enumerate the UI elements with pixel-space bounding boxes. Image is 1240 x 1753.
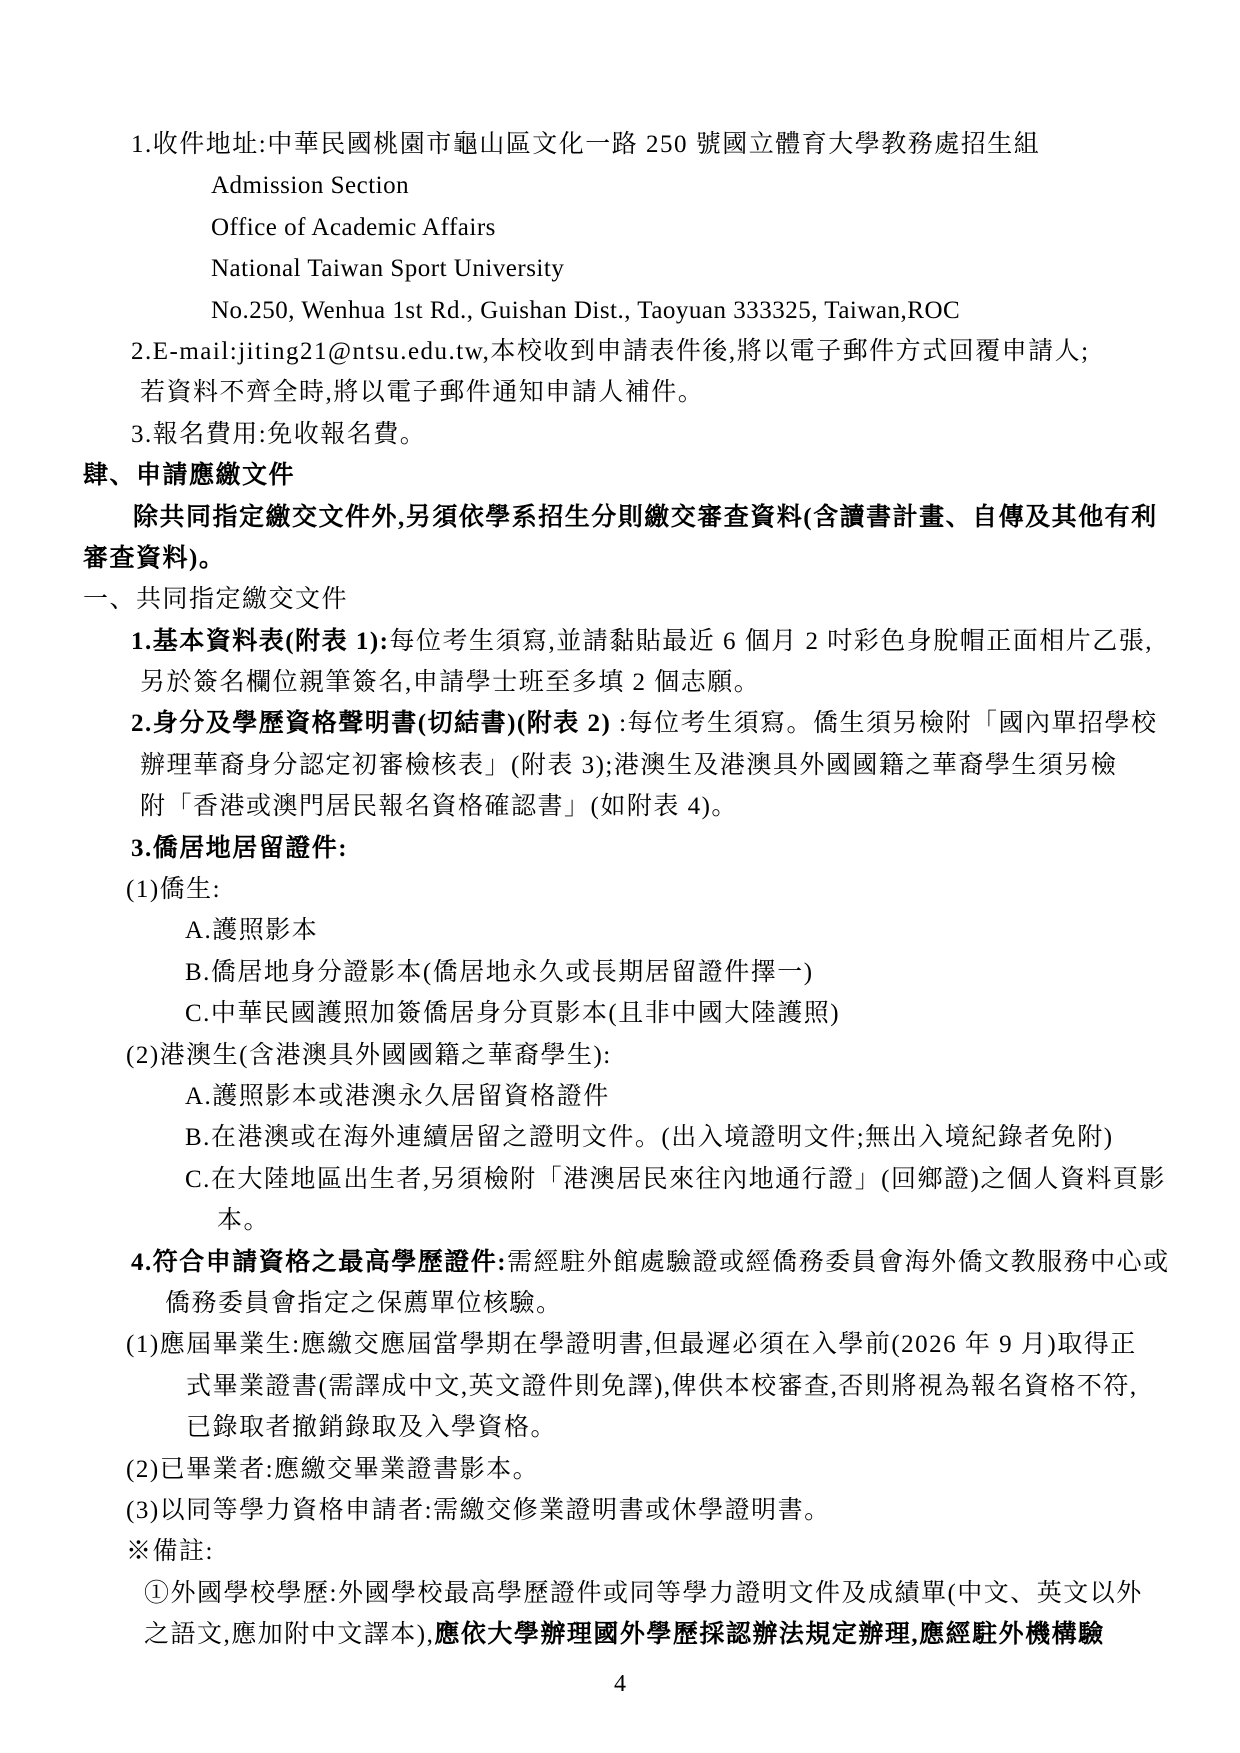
text-segment: A.護照影本或港澳永久居留資格證件 [185, 1083, 610, 1110]
doc-line: 辦理華裔身分認定初審檢核表」(附表 3);港澳生及港澳具外國國籍之華裔學生須另檢 [83, 745, 1157, 786]
text-segment: (3)以同等學力資格申請者:需繳交修業證明書或休學證明書。 [126, 1497, 831, 1524]
text-segment-bold: 審查資料)。 [83, 545, 225, 572]
document-page: 1.收件地址:中華民國桃園市龜山區文化一路 250 號國立體育大學教務處招生組A… [0, 0, 1240, 1753]
doc-line: 僑務委員會指定之保薦單位核驗。 [83, 1283, 1157, 1324]
text-segment: (2)港澳生(含港澳具外國國籍之華裔學生): [126, 1042, 612, 1069]
text-segment: B.在港澳或在海外連續居留之證明文件。(出入境證明文件;無出入境紀錄者免附) [185, 1124, 1114, 1151]
doc-line: B.在港澳或在海外連續居留之證明文件。(出入境證明文件;無出入境紀錄者免附) [83, 1117, 1157, 1158]
text-segment: (2)已畢業者:應繳交畢業證書影本。 [126, 1456, 539, 1483]
text-segment-bold: 除共同指定繳交文件外,另須依學系招生分則繳交審查資料(含讀書計畫、自傳及其他有利 [133, 504, 1158, 531]
doc-line: ①外國學校學歷:外國學校最高學歷證件或同等學力證明文件及成績單(中文、英文以外 [83, 1573, 1157, 1614]
doc-line: C.在大陸地區出生者,另須檢附「港澳居民來往內地通行證」(回鄉證)之個人資料頁影 [83, 1159, 1157, 1200]
text-segment: 2.E-mail:jiting21@ntsu.edu.tw,本校收到申請表件後,… [131, 338, 1090, 365]
document-body: 1.收件地址:中華民國桃園市龜山區文化一路 250 號國立體育大學教務處招生組A… [83, 124, 1157, 1655]
doc-line: Office of Academic Affairs [83, 207, 1157, 248]
text-segment: (1)應屆畢業生:應繳交應屆當學期在學證明書,但最遲必須在入學前(2026 年 … [126, 1331, 1137, 1358]
doc-line: (2)已畢業者:應繳交畢業證書影本。 [83, 1449, 1157, 1490]
doc-line: 式畢業證書(需譯成中文,英文證件則免譯),俾供本校審查,否則將視為報名資格不符, [83, 1366, 1157, 1407]
doc-line: (2)港澳生(含港澳具外國國籍之華裔學生): [83, 1035, 1157, 1076]
text-segment-bold: 肆、申請應繳文件 [83, 462, 295, 489]
text-segment: ①外國學校學歷:外國學校最高學歷證件或同等學力證明文件及成績單(中文、英文以外 [144, 1580, 1143, 1607]
text-segment: 一、共同指定繳交文件 [83, 586, 348, 613]
text-segment: :每位考生須寫。僑生須另檢附「國內單招學校 [611, 710, 1157, 737]
text-segment: 每位考生須寫,並請黏貼最近 6 個月 2 吋彩色身脫帽正面相片乙張, [389, 628, 1153, 655]
text-segment: A.護照影本 [185, 917, 318, 944]
text-segment: 辦理華裔身分認定初審檢核表」(附表 3);港澳生及港澳具外國國籍之華裔學生須另檢 [140, 752, 1117, 779]
text-segment: 另於簽名欄位親筆簽名,申請學士班至多填 2 個志願。 [140, 669, 760, 696]
text-segment: (1)僑生: [126, 876, 221, 903]
doc-line: C.中華民國護照加簽僑居身分頁影本(且非中國大陸護照) [83, 993, 1157, 1034]
doc-line: A.護照影本或港澳永久居留資格證件 [83, 1076, 1157, 1117]
text-segment: 若資料不齊全時,將以電子郵件通知申請人補件。 [140, 379, 704, 406]
text-segment: No.250, Wenhua 1st Rd., Guishan Dist., T… [211, 297, 960, 324]
text-segment: 之語文,應加附中文譯本), [144, 1621, 434, 1648]
page-number: 4 [0, 1668, 1240, 1700]
doc-line: A.護照影本 [83, 910, 1157, 951]
doc-line: 若資料不齊全時,將以電子郵件通知申請人補件。 [83, 372, 1157, 413]
text-segment: 附「香港或澳門居民報名資格確認書」(如附表 4)。 [140, 793, 738, 820]
doc-line: No.250, Wenhua 1st Rd., Guishan Dist., T… [83, 290, 1157, 331]
doc-line: 審查資料)。 [83, 538, 1157, 579]
doc-line: B.僑居地身分證影本(僑居地永久或長期居留證件擇一) [83, 952, 1157, 993]
doc-line: 3.僑居地居留證件: [83, 828, 1157, 869]
text-segment-bold: 2.身分及學歷資格聲明書(切結書)(附表 2) [131, 710, 611, 737]
doc-line: 2.身分及學歷資格聲明書(切結書)(附表 2) :每位考生須寫。僑生須另檢附「國… [83, 703, 1157, 744]
text-segment: 3.報名費用:免收報名費。 [131, 421, 426, 448]
doc-line: 另於簽名欄位親筆簽名,申請學士班至多填 2 個志願。 [83, 662, 1157, 703]
doc-line: 1.基本資料表(附表 1):每位考生須寫,並請黏貼最近 6 個月 2 吋彩色身脫… [83, 621, 1157, 662]
doc-line: 除共同指定繳交文件外,另須依學系招生分則繳交審查資料(含讀書計畫、自傳及其他有利 [83, 497, 1157, 538]
text-segment-bold: 應依大學辦理國外學歷採認辦法規定辦理,應經駐外機構驗 [434, 1621, 1104, 1648]
doc-line: 已錄取者撤銷錄取及入學資格。 [83, 1407, 1157, 1448]
text-segment: Admission Section [211, 172, 409, 199]
text-segment-bold: 1.基本資料表(附表 1): [131, 628, 389, 655]
text-segment: National Taiwan Sport University [211, 255, 564, 282]
text-segment: 僑務委員會指定之保薦單位核驗。 [165, 1290, 563, 1317]
doc-line: 附「香港或澳門居民報名資格確認書」(如附表 4)。 [83, 786, 1157, 827]
doc-line: 4.符合申請資格之最高學歷證件:需經駐外館處驗證或經僑務委員會海外僑文教服務中心… [83, 1242, 1157, 1283]
text-segment: 1.收件地址:中華民國桃園市龜山區文化一路 250 號國立體育大學教務處招生組 [131, 131, 1040, 158]
text-segment: Office of Academic Affairs [211, 214, 496, 241]
doc-line: 2.E-mail:jiting21@ntsu.edu.tw,本校收到申請表件後,… [83, 331, 1157, 372]
text-segment: 本。 [217, 1207, 270, 1234]
doc-line: 之語文,應加附中文譯本),應依大學辦理國外學歷採認辦法規定辦理,應經駐外機構驗 [83, 1614, 1157, 1655]
text-segment-bold: 4.符合申請資格之最高學歷證件: [131, 1249, 507, 1276]
doc-line: (3)以同等學力資格申請者:需繳交修業證明書或休學證明書。 [83, 1490, 1157, 1531]
doc-line: 肆、申請應繳文件 [83, 455, 1157, 496]
text-segment: 需經駐外館處驗證或經僑務委員會海外僑文教服務中心或 [507, 1249, 1170, 1276]
text-segment: ※備註: [126, 1538, 214, 1565]
doc-line: (1)僑生: [83, 869, 1157, 910]
doc-line: 本。 [83, 1200, 1157, 1241]
doc-line: Admission Section [83, 165, 1157, 206]
text-segment: 已錄取者撤銷錄取及入學資格。 [186, 1414, 557, 1441]
text-segment: 式畢業證書(需譯成中文,英文證件則免譯),俾供本校審查,否則將視為報名資格不符, [186, 1373, 1138, 1400]
doc-line: National Taiwan Sport University [83, 248, 1157, 289]
text-segment: C.在大陸地區出生者,另須檢附「港澳居民來往內地通行證」(回鄉證)之個人資料頁影 [185, 1166, 1166, 1193]
doc-line: 1.收件地址:中華民國桃園市龜山區文化一路 250 號國立體育大學教務處招生組 [83, 124, 1157, 165]
doc-line: (1)應屆畢業生:應繳交應屆當學期在學證明書,但最遲必須在入學前(2026 年 … [83, 1324, 1157, 1365]
text-segment-bold: 3.僑居地居留證件: [131, 835, 348, 862]
text-segment: C.中華民國護照加簽僑居身分頁影本(且非中國大陸護照) [185, 1000, 840, 1027]
doc-line: 3.報名費用:免收報名費。 [83, 414, 1157, 455]
doc-line: 一、共同指定繳交文件 [83, 579, 1157, 620]
text-segment: B.僑居地身分證影本(僑居地永久或長期居留證件擇一) [185, 959, 814, 986]
doc-line: ※備註: [83, 1531, 1157, 1572]
